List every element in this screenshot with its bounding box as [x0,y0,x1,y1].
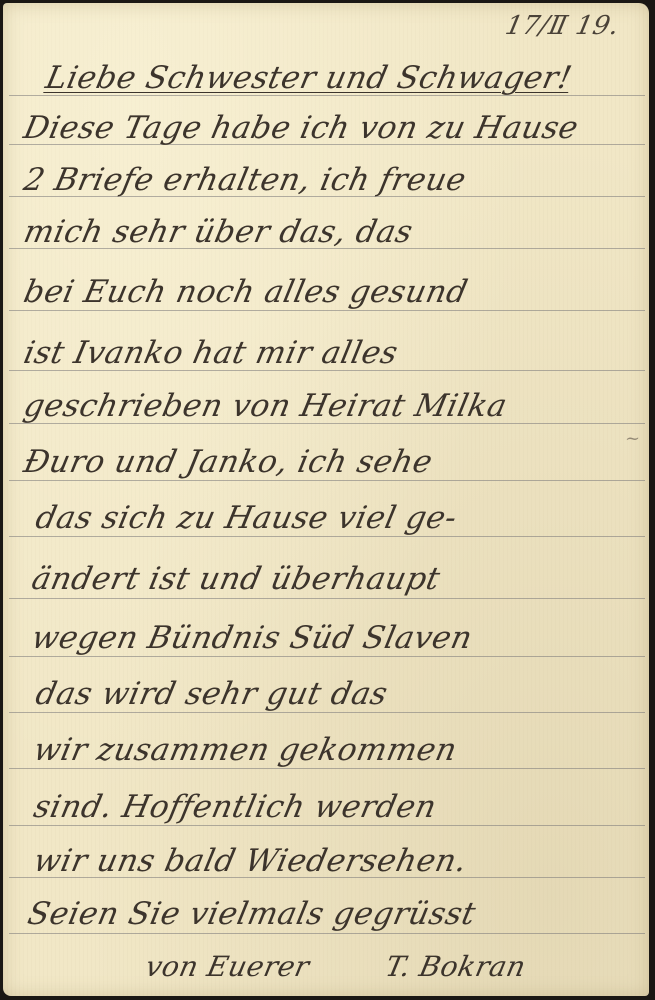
ruled-line [9,536,645,537]
letter-signature: T. Bokran [383,953,528,981]
ruled-line [9,712,645,713]
letter-line: Diese Tage habe ich von zu Hause [21,113,581,144]
margin-mark: ~ [625,428,640,449]
letter-line: Seien Sie vielmals gegrüsst [25,899,478,930]
letter-line: wir uns bald Wiedersehen. [31,846,470,877]
letter-line: wegen Bündnis Süd Slaven [29,623,475,654]
letter-closing: von Euerer [143,953,312,981]
letter-line: bei Euch noch alles gesund [21,277,470,308]
ruled-line [9,768,645,769]
letter-line: mich sehr über das, das [21,217,415,248]
postcard: 17/Ⅱ 19. Liebe Schwester und Schwager! D… [3,3,649,996]
ruled-line [9,598,645,599]
ruled-line [9,825,645,826]
ruled-line [9,480,645,481]
letter-line: das wird sehr gut das [33,679,390,710]
letter-line: 2 Briefe erhalten, ich freue [21,165,469,196]
letter-line: ändert ist und überhaupt [29,564,443,595]
letter-line: Đuro und Janko, ich sehe [21,447,435,478]
ruled-line [9,933,645,934]
letter-line: wir zusammen gekommen [31,735,460,766]
ruled-line [9,656,645,657]
letter-salutation: Liebe Schwester und Schwager! [43,63,574,94]
letter-line: geschrieben von Heirat Milka [21,391,510,422]
letter-line: ist Ivanko hat mir alles [21,338,401,369]
ruled-line [9,310,645,311]
letter-line: sind. Hoffentlich werden [31,792,439,823]
letter-line: das sich zu Hause viel ge- [33,503,460,534]
letter-date: 17/Ⅱ 19. [503,13,622,39]
